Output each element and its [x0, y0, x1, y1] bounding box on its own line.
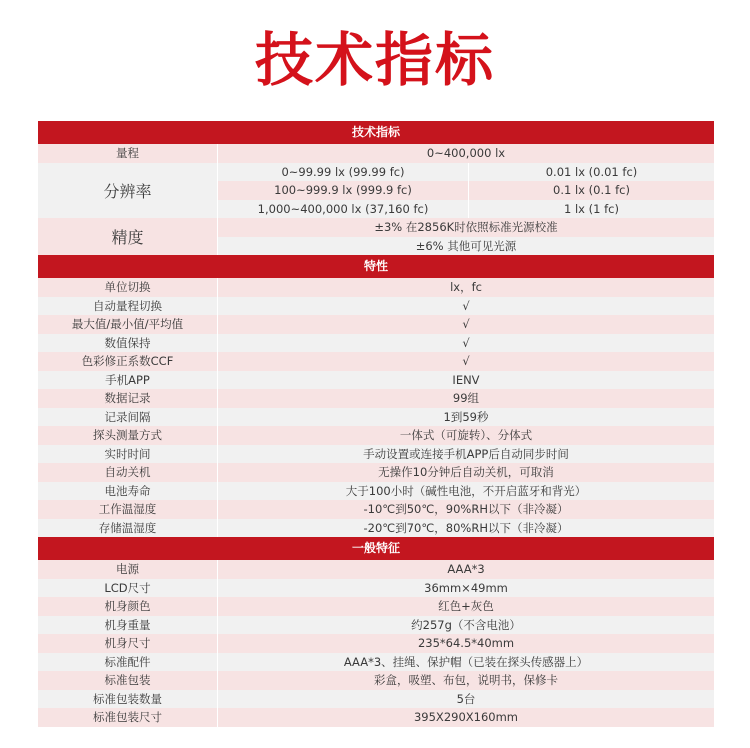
row-label: LCD尺寸	[38, 579, 218, 598]
table-subrow: 100~999.9 lx (999.9 fc) 0.1 lx (0.1 fc)	[218, 181, 714, 200]
table-row: 机身重量 约257g（不含电池）	[38, 616, 714, 635]
resolution-range: 100~999.9 lx (999.9 fc)	[218, 181, 469, 200]
table-subrow: 1,000~400,000 lx (37,160 fc) 1 lx (1 fc)	[218, 200, 714, 219]
row-label: 自动关机	[38, 463, 218, 482]
row-value: -20℃到70℃，80%RH以下（非冷凝）	[218, 519, 714, 538]
row-value: AAA*3	[218, 560, 714, 579]
row-value: 约257g（不含电池）	[218, 616, 714, 635]
check-icon: √	[218, 315, 714, 334]
row-label: 存储温湿度	[38, 519, 218, 538]
table-subrow: ±3% 在2856K时依照标准光源校准	[218, 218, 714, 237]
row-label: 标准配件	[38, 653, 218, 672]
table-row: 记录间隔 1到59秒	[38, 408, 714, 427]
check-icon: √	[218, 297, 714, 316]
row-value: 5台	[218, 690, 714, 709]
row-label: 数据记录	[38, 389, 218, 408]
table-row: 数值保持 √	[38, 334, 714, 353]
check-icon: √	[218, 352, 714, 371]
row-label: 数值保持	[38, 334, 218, 353]
row-value: 无操作10分钟后自动关机，可取消	[218, 463, 714, 482]
page-title: 技术指标	[0, 20, 750, 100]
table-subrow: ±6% 其他可见光源	[218, 237, 714, 256]
row-label: 自动量程切换	[38, 297, 218, 316]
table-row: 数据记录 99组	[38, 389, 714, 408]
row-label: 工作温湿度	[38, 500, 218, 519]
row-label: 精度	[38, 218, 218, 255]
row-value: lx，fc	[218, 278, 714, 297]
row-label: 电源	[38, 560, 218, 579]
table-row: 标准配件 AAA*3、挂绳、保护帽（已装在探头传感器上）	[38, 653, 714, 672]
row-value: 0~400,000 lx	[218, 144, 714, 163]
row-label: 机身尺寸	[38, 634, 218, 653]
row-value: IENV	[218, 371, 714, 390]
table-row: 电源 AAA*3	[38, 560, 714, 579]
row-value: AAA*3、挂绳、保护帽（已装在探头传感器上）	[218, 653, 714, 672]
table-row: 机身尺寸 235*64.5*40mm	[38, 634, 714, 653]
resolution-range: 1,000~400,000 lx (37,160 fc)	[218, 200, 469, 219]
table-row: 单位切换 lx，fc	[38, 278, 714, 297]
row-value: 1到59秒	[218, 408, 714, 427]
table-subrow: 0~99.99 lx (99.99 fc) 0.01 lx (0.01 fc)	[218, 163, 714, 182]
resolution-value: 0.1 lx (0.1 fc)	[469, 181, 714, 200]
table-row: 工作温湿度 -10℃到50℃，90%RH以下（非冷凝）	[38, 500, 714, 519]
row-label: 色彩修正系数CCF	[38, 352, 218, 371]
table-row: 实时时间 手动设置或连接手机APP后自动同步时间	[38, 445, 714, 464]
table-row: 存储温湿度 -20℃到70℃，80%RH以下（非冷凝）	[38, 519, 714, 538]
row-value: 大于100小时（碱性电池，不开启蓝牙和背光）	[218, 482, 714, 501]
table-row: 自动关机 无操作10分钟后自动关机，可取消	[38, 463, 714, 482]
check-icon: √	[218, 334, 714, 353]
row-value: 彩盒，吸塑、布包，说明书，保修卡	[218, 671, 714, 690]
row-value: 36mm×49mm	[218, 579, 714, 598]
table-row: 色彩修正系数CCF √	[38, 352, 714, 371]
row-label: 最大值/最小值/平均值	[38, 315, 218, 334]
row-label: 标准包装尺寸	[38, 708, 218, 727]
resolution-value: 1 lx (1 fc)	[469, 200, 714, 219]
section-header-tech: 技术指标	[38, 121, 714, 144]
table-row-range: 量程 0~400,000 lx	[38, 144, 714, 163]
row-label: 电池寿命	[38, 482, 218, 501]
section-header-features: 特性	[38, 255, 714, 278]
resolution-range: 0~99.99 lx (99.99 fc)	[218, 163, 469, 182]
table-row: 机身颜色 红色+灰色	[38, 597, 714, 616]
row-value: -10℃到50℃，90%RH以下（非冷凝）	[218, 500, 714, 519]
row-label: 探头测量方式	[38, 426, 218, 445]
row-label: 记录间隔	[38, 408, 218, 427]
row-label: 分辨率	[38, 163, 218, 219]
spec-table: 技术指标 量程 0~400,000 lx 分辨率 0~99.99 lx (99.…	[38, 121, 714, 727]
table-group-accuracy: 精度 ±3% 在2856K时依照标准光源校准 ±6% 其他可见光源	[38, 218, 714, 255]
row-label: 手机APP	[38, 371, 218, 390]
table-row: 最大值/最小值/平均值 √	[38, 315, 714, 334]
row-value: 395X290X160mm	[218, 708, 714, 727]
row-label: 标准包装	[38, 671, 218, 690]
row-value: 99组	[218, 389, 714, 408]
row-value: 红色+灰色	[218, 597, 714, 616]
table-row: 探头测量方式 一体式（可旋转）、分体式	[38, 426, 714, 445]
row-value: 一体式（可旋转）、分体式	[218, 426, 714, 445]
table-row: 标准包装数量 5台	[38, 690, 714, 709]
row-value: 235*64.5*40mm	[218, 634, 714, 653]
row-value: 手动设置或连接手机APP后自动同步时间	[218, 445, 714, 464]
row-label: 机身颜色	[38, 597, 218, 616]
row-label: 单位切换	[38, 278, 218, 297]
table-row: 标准包装 彩盒，吸塑、布包，说明书，保修卡	[38, 671, 714, 690]
table-row: 电池寿命 大于100小时（碱性电池，不开启蓝牙和背光）	[38, 482, 714, 501]
table-row: LCD尺寸 36mm×49mm	[38, 579, 714, 598]
row-label: 标准包装数量	[38, 690, 218, 709]
accuracy-value: ±6% 其他可见光源	[218, 237, 714, 256]
table-row: 手机APP IENV	[38, 371, 714, 390]
row-label: 机身重量	[38, 616, 218, 635]
resolution-value: 0.01 lx (0.01 fc)	[469, 163, 714, 182]
row-label: 实时时间	[38, 445, 218, 464]
table-row: 标准包装尺寸 395X290X160mm	[38, 708, 714, 727]
row-label: 量程	[38, 144, 218, 163]
section-header-general: 一般特征	[38, 537, 714, 560]
table-group-resolution: 分辨率 0~99.99 lx (99.99 fc) 0.01 lx (0.01 …	[38, 163, 714, 219]
accuracy-value: ±3% 在2856K时依照标准光源校准	[218, 218, 714, 237]
table-row: 自动量程切换 √	[38, 297, 714, 316]
